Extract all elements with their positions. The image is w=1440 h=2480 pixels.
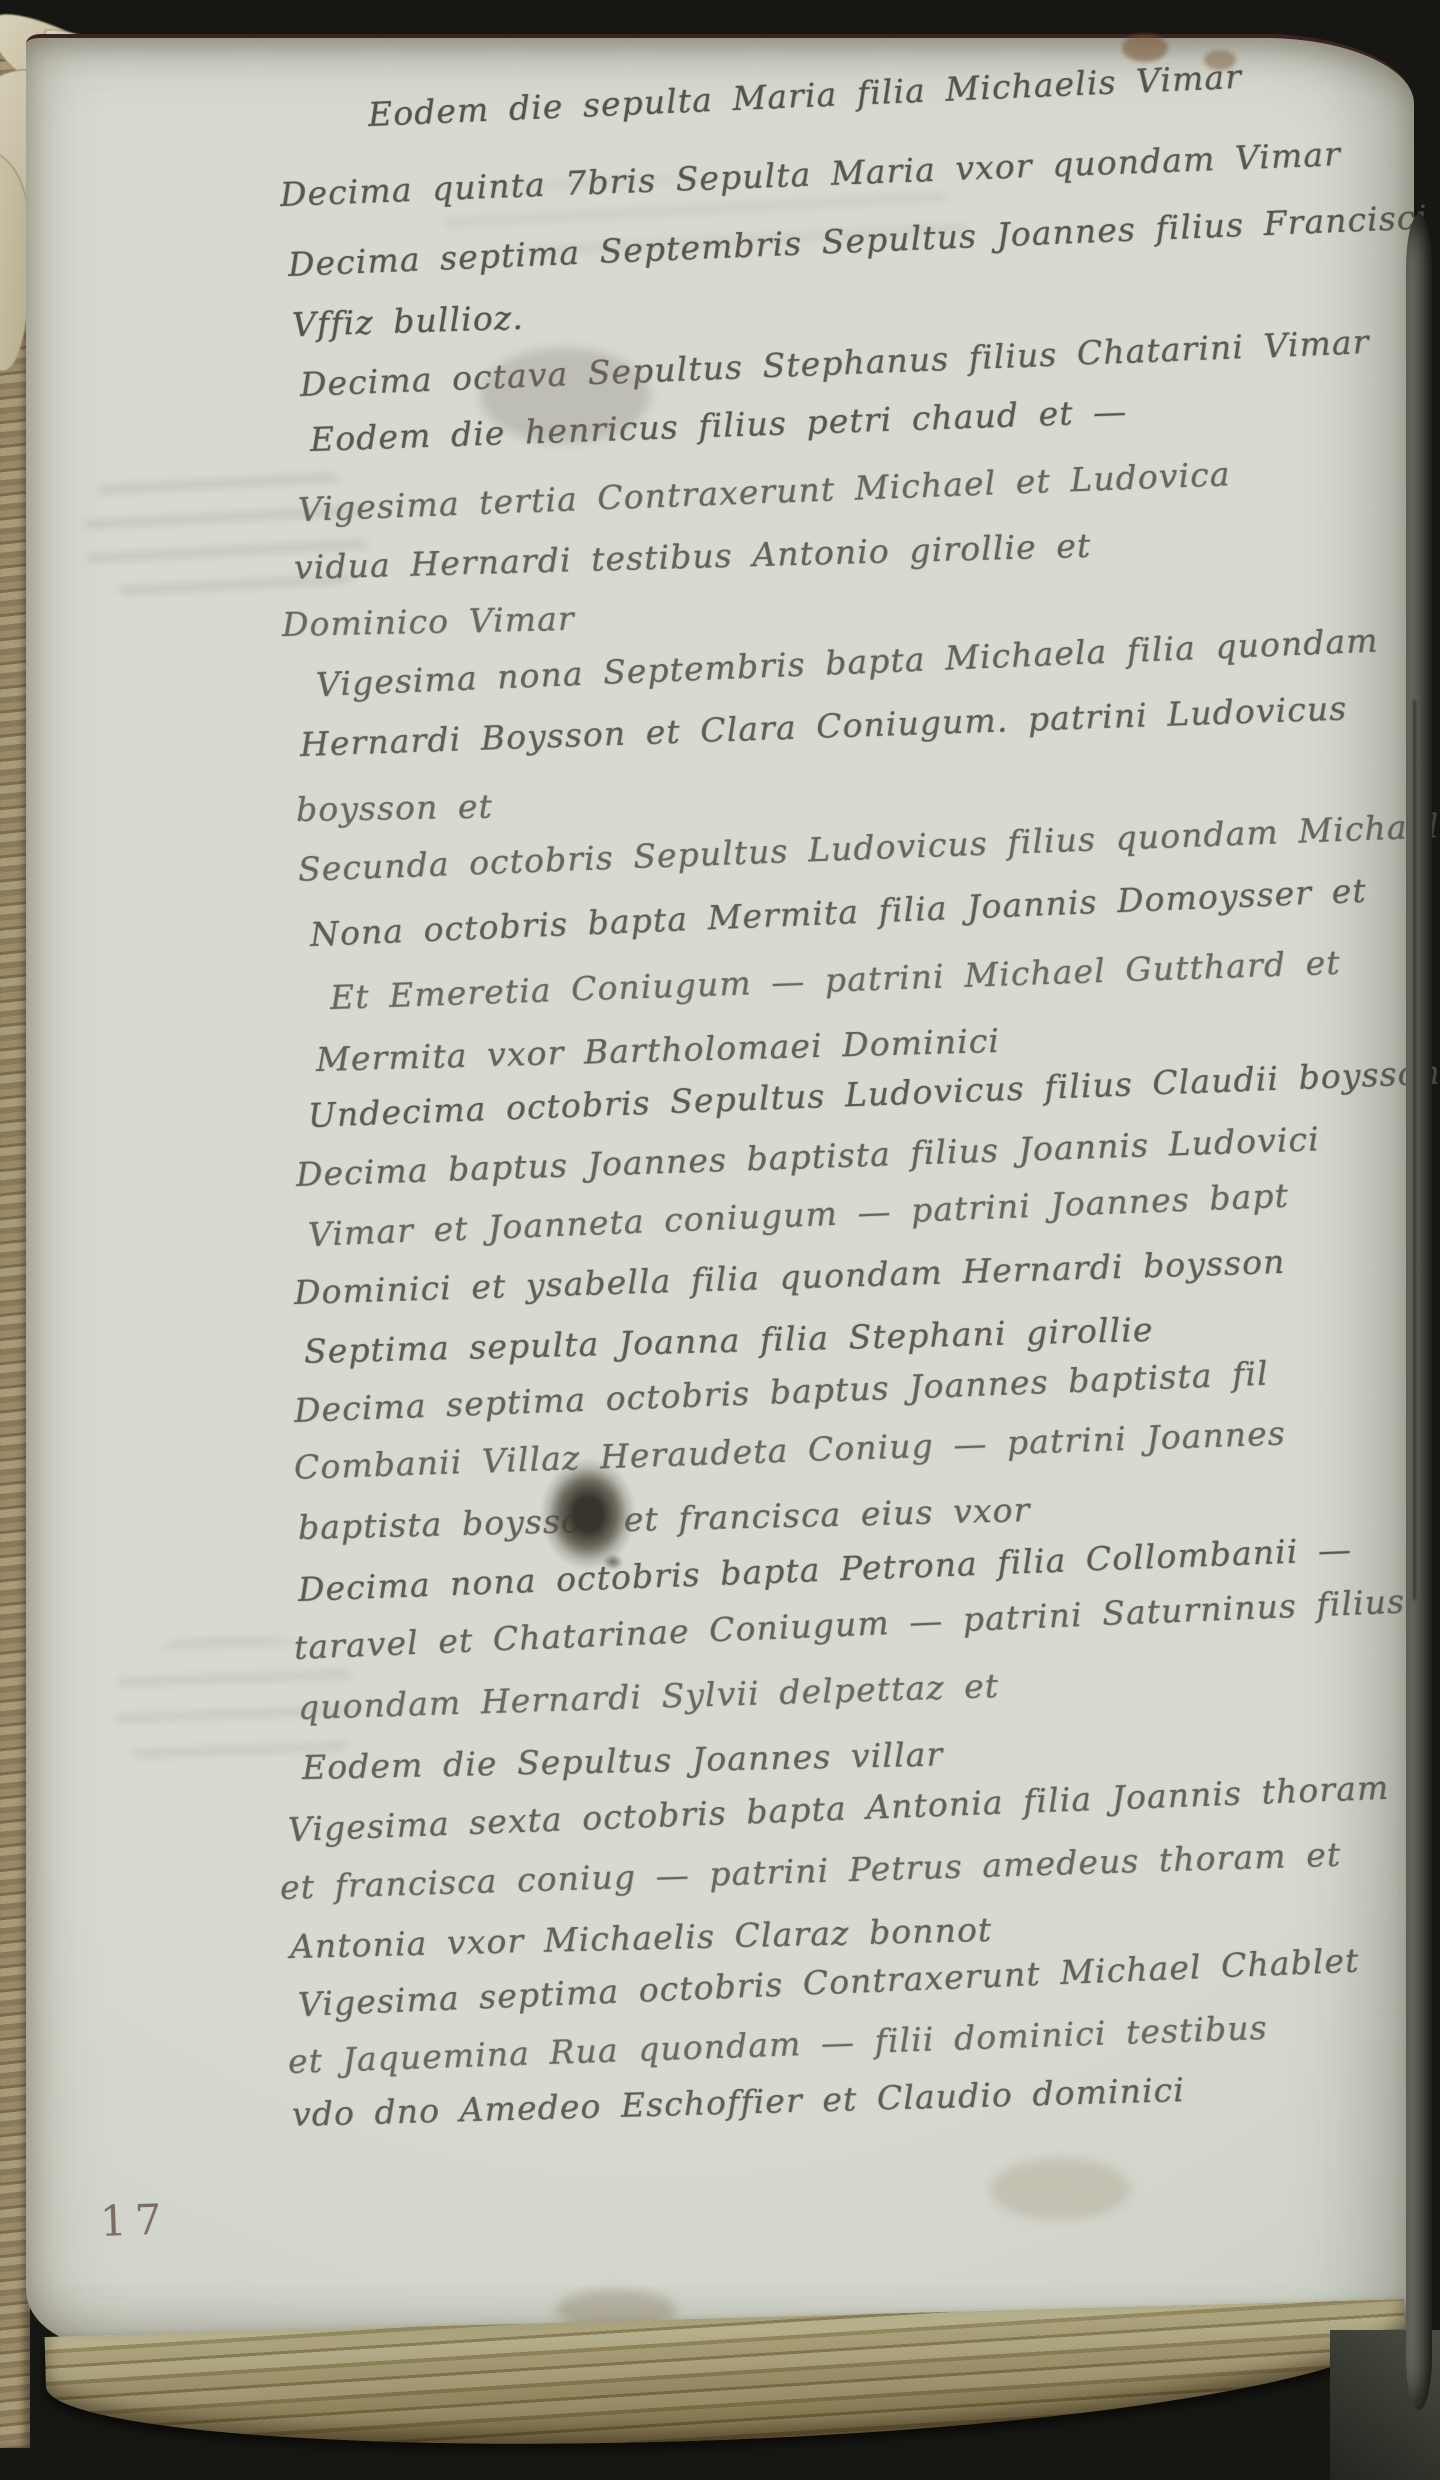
manuscript-line: Vffiz bullioz. bbox=[291, 298, 524, 344]
manuscript-line: boysson et bbox=[296, 787, 494, 829]
manuscript-line: Dominico Vimar bbox=[282, 599, 576, 644]
paper-stain bbox=[990, 2158, 1130, 2220]
paper-stain bbox=[480, 348, 650, 443]
paper-stain bbox=[1204, 50, 1236, 70]
fore-edge-crease bbox=[1413, 700, 1416, 1600]
ink-blot bbox=[600, 1552, 626, 1572]
paper-stain bbox=[1122, 34, 1168, 62]
page-number: 17 bbox=[99, 2195, 170, 2246]
manuscript-photo: Eodem die sepulta Maria filia Michaelis … bbox=[0, 0, 1440, 2480]
page-fore-edge bbox=[1406, 214, 1432, 2410]
